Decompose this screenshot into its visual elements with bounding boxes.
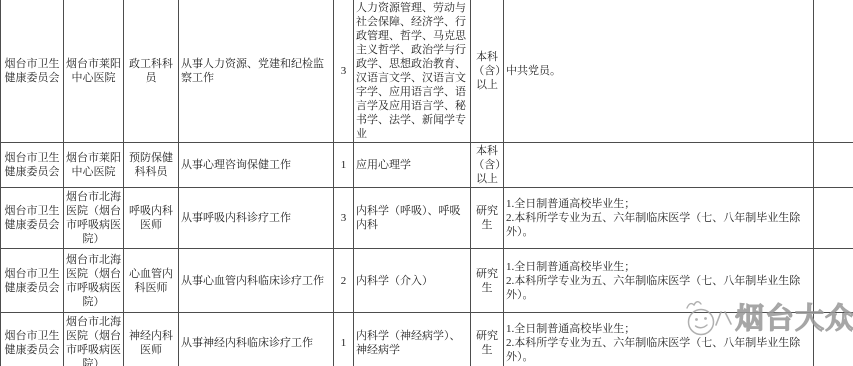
recruitment-table-page: 烟台市卫生健康委员会 烟台市莱阳中心医院 政工科科员 从事人力资源、党建和纪检监… <box>0 0 853 366</box>
cell-extra <box>814 188 853 249</box>
cell-position: 心血管内科医师 <box>124 249 179 313</box>
cell-education: 研究生 <box>471 313 504 366</box>
cell-count: 1 <box>334 143 354 188</box>
cell-major: 人力资源管理、劳动与社会保障、经济学、行政管理、哲学、马克思主义哲学、政治学与行… <box>354 0 471 143</box>
cell-hospital: 烟台市莱阳中心医院 <box>64 0 124 143</box>
table-row: 烟台市卫生健康委员会 烟台市北海医院（烟台市呼吸病医院） 心血管内科医师 从事心… <box>1 249 853 313</box>
table-row: 烟台市卫生健康委员会 烟台市莱阳中心医院 政工科科员 从事人力资源、党建和纪检监… <box>1 0 853 143</box>
table-row: 烟台市卫生健康委员会 烟台市北海医院（烟台市呼吸病医院） 神经内科医师 从事神经… <box>1 313 853 366</box>
cell-department: 烟台市卫生健康委员会 <box>1 143 64 188</box>
cell-major: 应用心理学 <box>354 143 471 188</box>
cell-extra <box>814 0 853 143</box>
table-row: 烟台市卫生健康委员会 烟台市北海医院（烟台市呼吸病医院） 呼吸内科医师 从事呼吸… <box>1 188 853 249</box>
cell-department: 烟台市卫生健康委员会 <box>1 249 64 313</box>
cell-duties: 从事呼吸内科诊疗工作 <box>179 188 334 249</box>
cell-duties: 从事心血管内科临床诊疗工作 <box>179 249 334 313</box>
cell-department: 烟台市卫生健康委员会 <box>1 0 64 143</box>
cell-position: 呼吸内科医师 <box>124 188 179 249</box>
cell-department: 烟台市卫生健康委员会 <box>1 313 64 366</box>
cell-major: 内科学（介入） <box>354 249 471 313</box>
cell-education: 研究生 <box>471 188 504 249</box>
table-row: 烟台市卫生健康委员会 烟台市莱阳中心医院 预防保健科科员 从事心理咨询保健工作 … <box>1 143 853 188</box>
recruitment-table: 烟台市卫生健康委员会 烟台市莱阳中心医院 政工科科员 从事人力资源、党建和纪检监… <box>0 0 853 366</box>
cell-requirements <box>504 143 814 188</box>
cell-position: 政工科科员 <box>124 0 179 143</box>
cell-count: 3 <box>334 0 354 143</box>
cell-count: 3 <box>334 188 354 249</box>
cell-duties: 从事心理咨询保健工作 <box>179 143 334 188</box>
cell-major: 内科学（神经病学）、神经病学 <box>354 313 471 366</box>
cell-hospital: 烟台市北海医院（烟台市呼吸病医院） <box>64 188 124 249</box>
cell-hospital: 烟台市北海医院（烟台市呼吸病医院） <box>64 313 124 366</box>
cell-position: 预防保健科科员 <box>124 143 179 188</box>
cell-count: 2 <box>334 249 354 313</box>
cell-position: 神经内科医师 <box>124 313 179 366</box>
cell-requirements: 中共党员。 <box>504 0 814 143</box>
cell-extra <box>814 249 853 313</box>
cell-extra <box>814 143 853 188</box>
cell-requirements: 1.全日制普通高校毕业生； 2.本科所学专业为五、六年制临床医学（七、八年制毕业… <box>504 313 814 366</box>
cell-extra <box>814 313 853 366</box>
cell-department: 烟台市卫生健康委员会 <box>1 188 64 249</box>
cell-hospital: 烟台市莱阳中心医院 <box>64 143 124 188</box>
cell-duties: 从事神经内科临床诊疗工作 <box>179 313 334 366</box>
cell-requirements: 1.全日制普通高校毕业生； 2.本科所学专业为五、六年制临床医学（七、八年制毕业… <box>504 249 814 313</box>
cell-major: 内科学（呼吸）、呼吸内科 <box>354 188 471 249</box>
cell-education: 本科（含）以上 <box>471 0 504 143</box>
cell-count: 1 <box>334 313 354 366</box>
cell-duties: 从事人力资源、党建和纪检监察工作 <box>179 0 334 143</box>
cell-hospital: 烟台市北海医院（烟台市呼吸病医院） <box>64 249 124 313</box>
cell-education: 本科（含）以上 <box>471 143 504 188</box>
cell-education: 研究生 <box>471 249 504 313</box>
cell-requirements: 1.全日制普通高校毕业生； 2.本科所学专业为五、六年制临床医学（七、八年制毕业… <box>504 188 814 249</box>
